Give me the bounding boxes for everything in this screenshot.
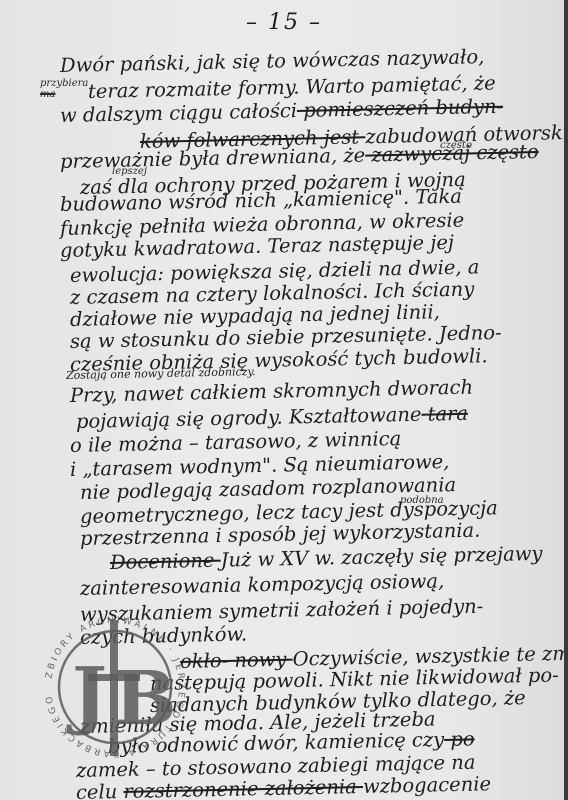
interlinear-insert: często	[440, 140, 472, 151]
interlinear-insert: lepszej	[112, 166, 147, 177]
line-text: Zostają one nowy detal zdobniczy.	[66, 365, 256, 382]
interlinear-insert: podobna	[400, 495, 444, 506]
line-text: w dalszym ciągu całości	[60, 99, 297, 127]
page-edge	[564, 0, 568, 800]
manuscript-line: zainteresowania kompozycją osiową,	[80, 569, 445, 600]
insert-line: Zostają one nowy detal zdobniczy.	[66, 365, 256, 382]
struck-text: po	[444, 727, 475, 751]
manuscript-line: pojawiają się ogrody. Kształtowane tara	[76, 402, 469, 433]
manuscript-page: – 15 – Dwór pański, jak się to wówczas n…	[0, 0, 564, 800]
page-number: – 15 –	[0, 10, 568, 35]
line-text: wyszukaniem symetrii założeń i pojedyn-	[80, 595, 484, 626]
struck-text: tara	[421, 402, 468, 426]
manuscript-line: czych budynków.	[80, 623, 248, 649]
line-text: przeważnie była drewniana, że	[60, 144, 366, 173]
manuscript-line: wyszukaniem symetrii założeń i pojedyn-	[80, 595, 484, 626]
line-text: zainteresowania kompozycją osiową,	[80, 569, 445, 600]
struck-text: Docenione	[110, 549, 221, 574]
struck-text: rozstrzonenie założenia	[123, 775, 363, 800]
struck-text: pomieszczeń budyn-	[297, 95, 504, 122]
line-text: czych budynków.	[80, 623, 248, 649]
margin-note: przybierama	[40, 78, 88, 100]
line-text: Już w XV w. zaczęły się przejawy	[220, 542, 542, 572]
